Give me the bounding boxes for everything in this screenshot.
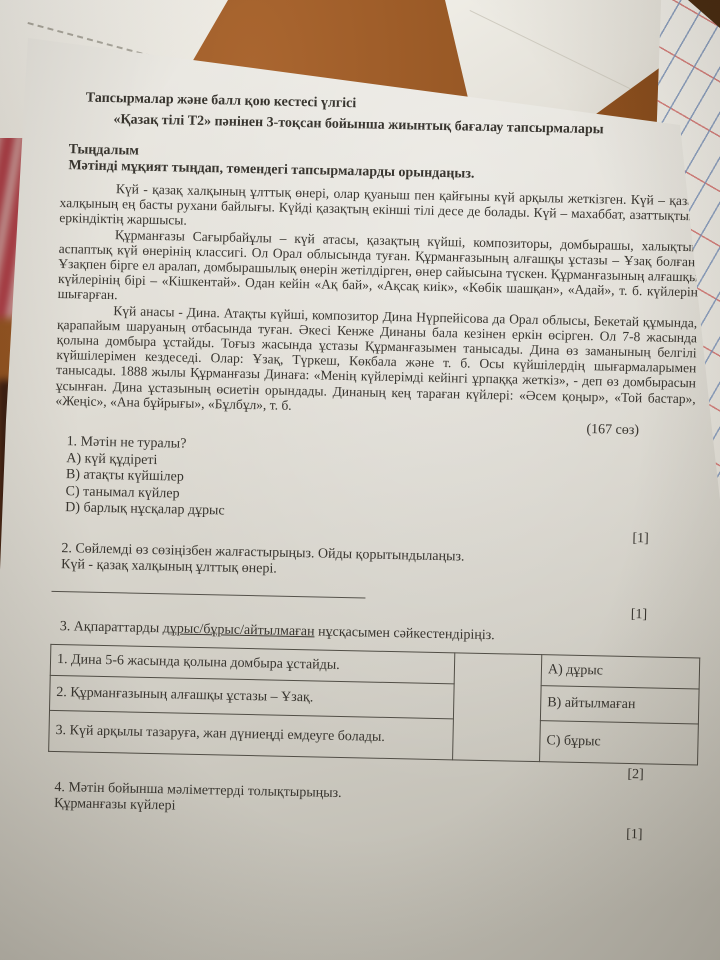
answer-write-in-cell [453, 653, 542, 762]
question-2-score: [1] [51, 595, 691, 624]
photo-of-test-paper: Тапсырмалар және балл қою кестесі үлгісі… [0, 0, 720, 960]
text-paragraph-2: Құрманғазы Сағырбайұлы – күй атасы, қаза… [58, 226, 699, 315]
answer-option-cell-c: C) бұрыс [540, 721, 699, 765]
sheet-crease-line [470, 10, 650, 99]
text-paragraph-3: Күй анасы - Дина. Атақты күйші, композит… [55, 302, 697, 422]
answer-option-cell-b: B) айтылмаған [540, 686, 699, 724]
question-3-prompt-underlined: дұрыс/бұрыс/айтылмаған [163, 621, 315, 639]
question-3-prompt-prefix: 3. Ақпараттарды [60, 619, 163, 636]
question-3: 3. Ақпараттарды дұрыс/бұрыс/айтылмаған н… [60, 619, 691, 648]
question-3-prompt-suffix: нұсқасымен сәйкестендіріңіз. [314, 625, 494, 644]
paper-content: Тапсырмалар және балл қою кестесі үлгісі… [46, 90, 701, 844]
answer-option-cell-a: A) дұрыс [541, 655, 700, 689]
test-paper-sheet: Тапсырмалар және балл қою кестесі үлгісі… [0, 0, 720, 960]
question-1: 1. Мәтін не туралы? A) күй құдіреті B) а… [65, 434, 695, 529]
statement-cell-3: 3. Күй арқылы тазаруға, жан дүниеңді емд… [49, 711, 454, 760]
matching-table: 1. Дина 5-6 жасында қолына домбыра ұстай… [48, 644, 700, 766]
